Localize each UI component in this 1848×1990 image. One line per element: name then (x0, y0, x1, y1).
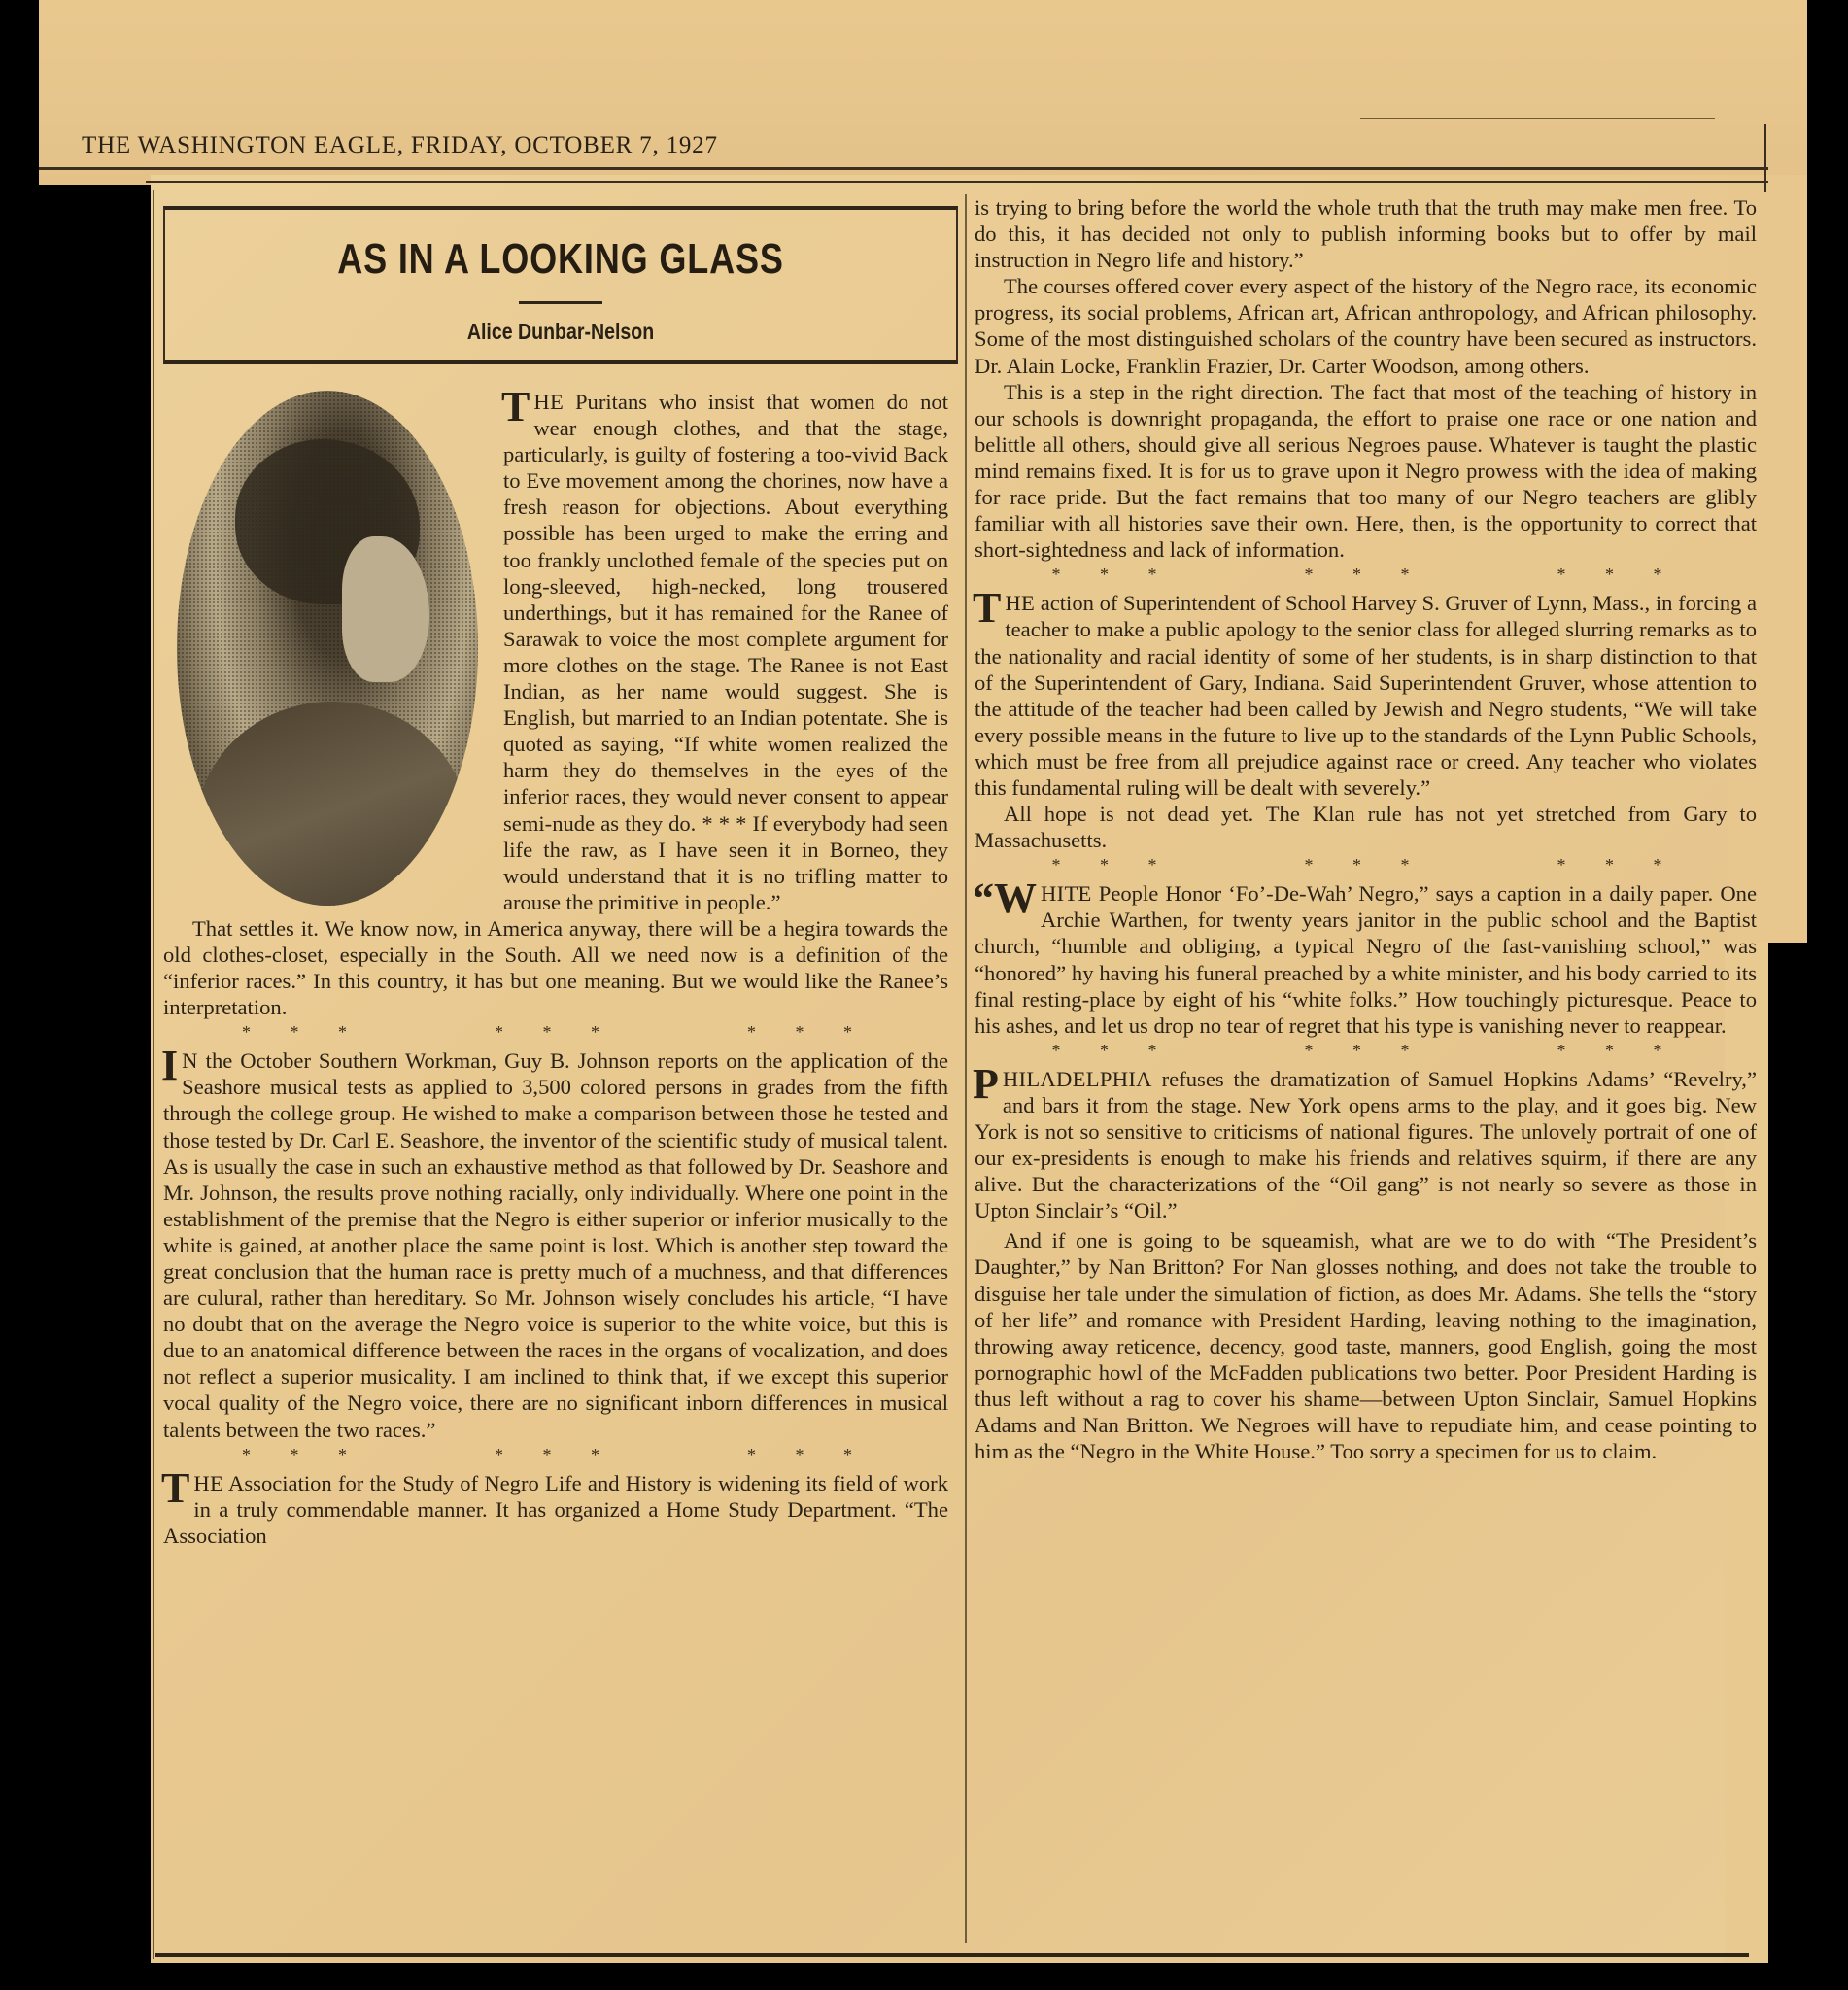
section-separator: * * ** * ** * * (163, 1443, 948, 1466)
portrait-shoulders (196, 702, 468, 906)
author-portrait (177, 391, 478, 906)
section-separator: * * ** * ** * * (975, 563, 1757, 586)
title-rule (519, 301, 602, 304)
column-title: AS IN A LOOKING GLASS (236, 235, 884, 284)
drop-cap: T (161, 1474, 189, 1503)
column-heading-box: AS IN A LOOKING GLASS Alice Dunbar-Nelso… (163, 206, 958, 364)
drop-cap: T (501, 393, 530, 422)
left-column-border (153, 190, 154, 1959)
paragraph-klan: All hope is not dead yet. The Klan rule … (975, 801, 1757, 853)
column-divider (965, 194, 967, 1943)
masthead-rule-top (39, 167, 1768, 170)
masthead-rule-bottom (146, 181, 1768, 183)
author-byline: Alice Dunbar-Nelson (224, 319, 897, 345)
section-separator: * * ** * ** * * (163, 1020, 948, 1044)
portrait-face (342, 536, 429, 682)
drop-cap: I (161, 1051, 178, 1081)
clipping-bottom-rule (155, 1953, 1749, 1957)
paragraph-philadelphia: PHILADELPHIA refuses the dramatization o… (975, 1066, 1757, 1224)
drop-cap: P (973, 1070, 999, 1099)
section-separator: * * ** * ** * * (975, 1039, 1757, 1062)
paragraph-fo-de-wah: “WHITE People Honor ‘Fo’-De-Wah’ Negro,”… (975, 880, 1757, 1039)
masthead-dash-line (1360, 118, 1715, 119)
paragraph-southern-workman: IN the October Southern Workman, Guy B. … (163, 1047, 948, 1442)
masthead-rule-right-tick (1764, 124, 1766, 192)
right-column: is trying to bring before the world the … (975, 194, 1757, 1464)
section-separator: * * ** * ** * * (975, 853, 1757, 876)
masthead-dateline: THE WASHINGTON EAGLE, FRIDAY, OCTOBER 7,… (82, 132, 718, 159)
drop-cap: “W (973, 884, 1037, 913)
paragraph-presidents-daughter: And if one is going to be squeamish, wha… (975, 1227, 1757, 1464)
drop-cap: T (973, 594, 1001, 623)
left-column: THE Puritans who insist that women do no… (163, 389, 948, 1549)
paragraph-right-direction: This is a step in the right direction. T… (975, 379, 1757, 564)
paragraph-settles-it: That settles it. We know now, in America… (163, 915, 948, 1020)
paragraph-association: THE Association for the Study of Negro L… (163, 1470, 948, 1549)
paragraph-gruver: THE action of Superintendent of School H… (975, 590, 1757, 801)
intro-section: THE Puritans who insist that women do no… (163, 389, 948, 915)
paragraph-association-cont: is trying to bring before the world the … (975, 194, 1757, 273)
paragraph-courses: The courses offered cover every aspect o… (975, 273, 1757, 378)
